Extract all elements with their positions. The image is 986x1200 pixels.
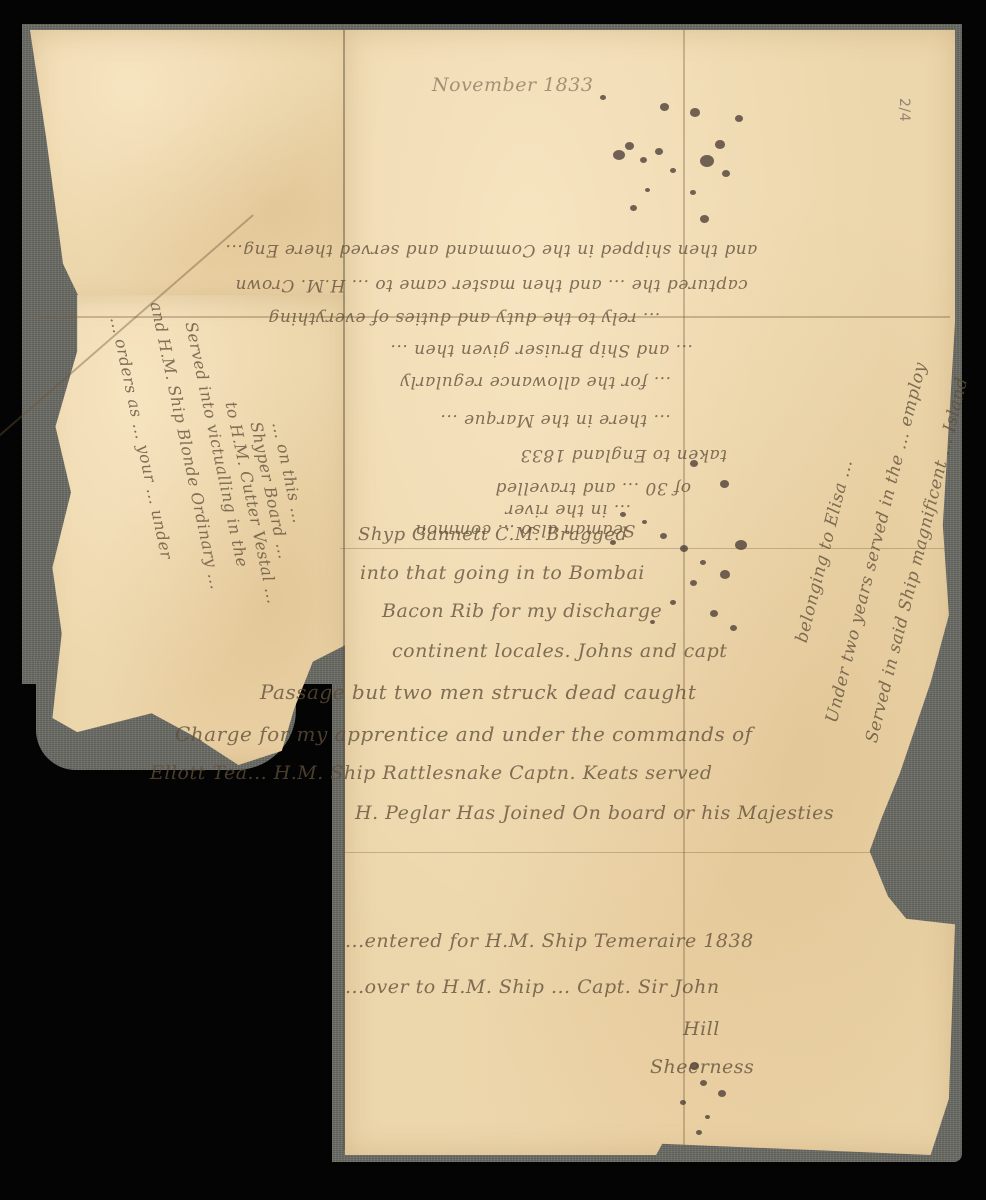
inverted-handwritten-line: ... in the river [505,500,631,520]
inverted-handwritten-line: ... for the allowance regularly [400,372,671,392]
header-date: November 1833 [432,74,593,96]
ink-blot [720,570,730,579]
handwritten-line: H. Peglar Has Joined On board or his Maj… [355,802,834,824]
ink-blot [710,610,718,617]
archive-mark: 2/4 [896,98,912,122]
handwritten-line: into that going in to Bombai [360,562,645,584]
handwritten-line: Charge for my apprentice and under the c… [175,722,753,746]
handwritten-line: Hill [683,1018,720,1040]
handwritten-line: Passage but two men struck dead caught [260,680,696,704]
ink-blot [630,205,637,211]
inverted-handwritten-line: and then shipped in the Command and serv… [225,240,757,260]
ink-blot [720,480,729,488]
handwritten-line: ...entered for H.M. Ship Temeraire 1838 [345,930,754,952]
ink-blot [655,148,663,155]
inverted-handwritten-line: ... and Ship Bruiser given then ... [390,340,693,360]
fold-line [340,548,950,549]
handwritten-line: Shyp Gannett C.M. Bragged [358,524,627,545]
handwritten-line: ...over to H.M. Ship ... Capt. Sir John [345,976,720,998]
ink-blot [718,1090,726,1097]
ink-blot [730,625,737,631]
ink-blot [715,140,725,149]
handwritten-line: Sheerness [650,1056,754,1078]
ink-blot [625,142,634,150]
handwritten-line: Ellott Tea... H.M. Ship Rattlesnake Capt… [150,762,713,784]
inverted-handwritten-line: captured the ... and then master came to… [235,275,748,295]
ink-blot [700,155,714,167]
inverted-handwritten-line: ... rely to the duty and duties of every… [268,308,660,328]
inverted-handwritten-line: taken to England 1833 [520,445,727,465]
inverted-handwritten-line: ... there in the Marque ... [440,410,671,430]
ink-blot [680,545,688,552]
ink-blot [690,580,697,586]
ink-blot [700,1080,707,1086]
ink-blot [690,108,700,117]
ink-blot [640,157,647,163]
inverted-handwritten-line: of 30 ... and travelled [495,478,691,498]
ink-blot [660,103,669,111]
handwritten-line: Bacon Rib for my discharge [382,600,662,622]
ink-blot [700,215,709,223]
ink-blot [722,170,730,177]
scan-background: November 1833 2/4 and then shipped in th… [0,0,986,1200]
ink-blot [735,115,743,122]
handwritten-line: continent locales. Johns and capt [392,640,727,662]
ink-blot [660,533,667,539]
fold-line [340,852,950,853]
